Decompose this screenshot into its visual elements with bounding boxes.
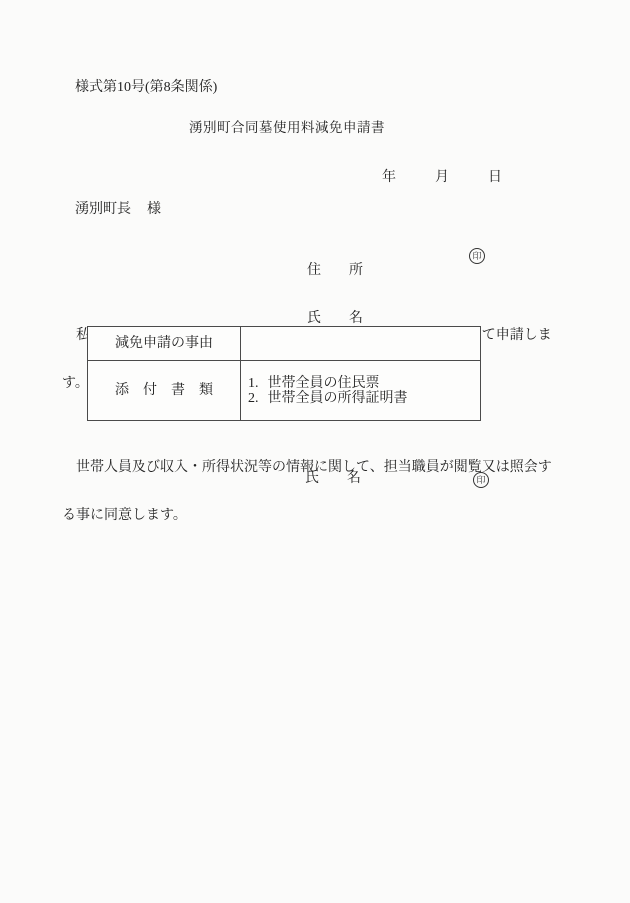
list-item-text: 世帯全員の所得証明書 bbox=[268, 391, 408, 406]
addressee-line: 湧別町長 様 bbox=[75, 202, 161, 218]
seal-icon: 印 bbox=[473, 472, 489, 488]
application-table: 減免申請の事由 添 付 書 類 1. 世帯全員の住民票 2. 世帯全員の所得証明… bbox=[87, 326, 481, 421]
reason-blank-cell bbox=[240, 327, 480, 360]
application-form-page: 様式第10号(第8条関係) 湧別町合同墓使用料減免申請書 年 月 日 湧別町長 … bbox=[0, 0, 630, 903]
applicant-address-label: 住 所 bbox=[307, 263, 363, 279]
list-item-text: 世帯全員の住民票 bbox=[268, 376, 380, 391]
list-item: 1. 世帯全員の住民票 bbox=[248, 376, 480, 391]
date-day-label: 日 bbox=[488, 170, 502, 186]
table-header-reason: 減免申請の事由 bbox=[88, 327, 240, 360]
consent-line-2: る事に同意します。 bbox=[62, 508, 562, 524]
form-number-label: 様式第10号(第8条関係) bbox=[75, 80, 217, 96]
attachments-list: 1. 世帯全員の住民票 2. 世帯全員の所得証明書 bbox=[240, 360, 480, 420]
seal-icon: 印 bbox=[469, 248, 485, 264]
seal-character: 印 bbox=[476, 476, 485, 485]
list-item-marker: 1. bbox=[248, 376, 259, 391]
seal-character: 印 bbox=[472, 252, 481, 261]
date-line: 年 月 日 bbox=[382, 170, 502, 186]
addressee-honorific: 様 bbox=[147, 202, 161, 218]
signature-name-label: 氏 名 bbox=[305, 471, 361, 487]
list-item-marker: 2. bbox=[248, 391, 259, 406]
addressee-name: 湧別町長 bbox=[75, 202, 131, 218]
list-item: 2. 世帯全員の所得証明書 bbox=[248, 391, 480, 406]
date-month-label: 月 bbox=[435, 170, 449, 186]
consent-statement: 世帯人員及び収入・所得状況等の情報に関して、担当職員が閲覧又は照会す る事に同意… bbox=[62, 428, 562, 556]
table-header-attachments: 添 付 書 類 bbox=[88, 360, 240, 420]
page-title: 湧別町合同墓使用料減免申請書 bbox=[62, 120, 512, 136]
date-year-label: 年 bbox=[382, 170, 396, 186]
